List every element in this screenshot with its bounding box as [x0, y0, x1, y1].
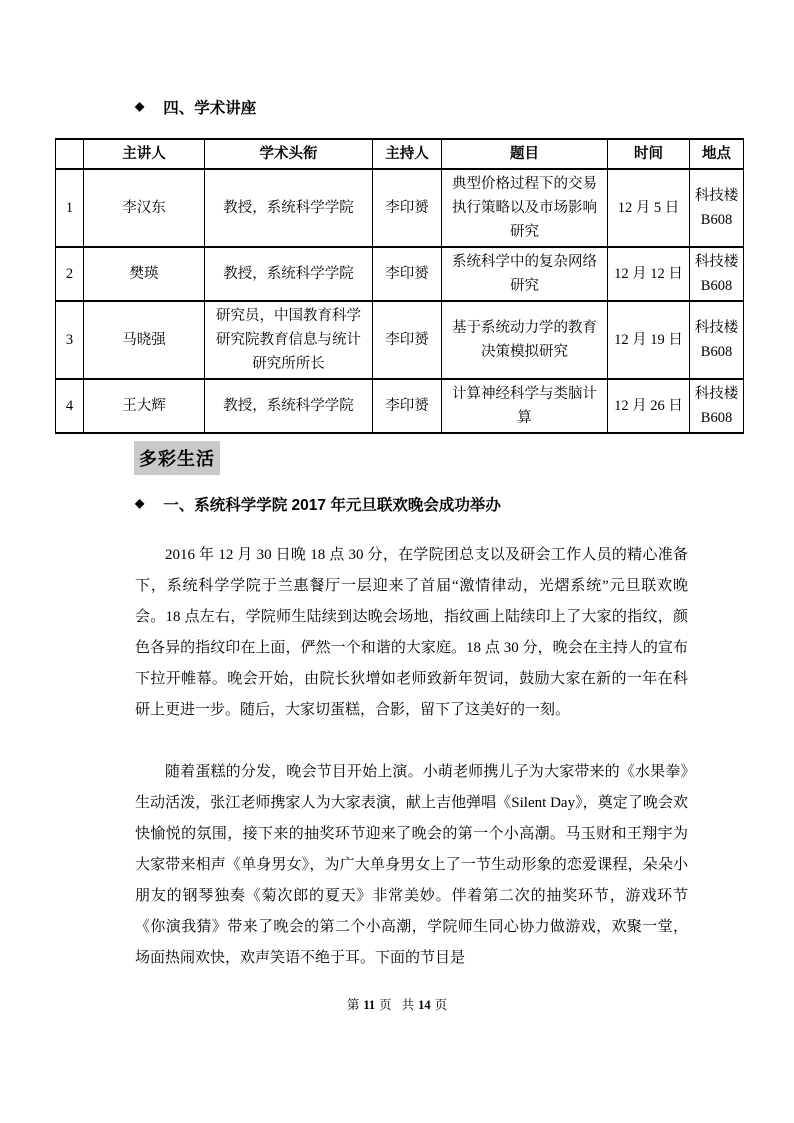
table-cell-title: 典型价格过程下的交易执行策略以及市场影响研究	[442, 169, 608, 247]
table-cell-place: 科技楼 B608	[690, 379, 744, 433]
table-cell-degree: 教授，系统科学学院	[205, 247, 373, 301]
footer-word-di: 第	[347, 998, 360, 1012]
table-cell-place: 科技楼 B608	[690, 301, 744, 379]
table-cell-time: 12 月 26 日	[608, 379, 690, 433]
footer-word-gong: 共	[392, 998, 415, 1012]
paragraph-1: 2016 年 12 月 30 日晚 18 点 30 分，在学院团总支以及研会工作…	[135, 540, 688, 726]
table-header-cell-speaker: 主讲人	[84, 139, 205, 169]
table-cell-speaker: 王大辉	[84, 379, 205, 433]
table-cell-title: 计算神经科学与类脑计算	[442, 379, 608, 433]
table-cell-host: 李印赟	[373, 247, 442, 301]
table-header-cell-index	[56, 139, 84, 169]
lectures-table: 主讲人 学术头衔 主持人 题目 时间 地点 1 李汉东 教授，系统科学学院 李印…	[55, 138, 744, 434]
table-cell-time: 12 月 5 日	[608, 169, 690, 247]
table-header-row: 主讲人 学术头衔 主持人 题目 时间 地点	[56, 139, 744, 169]
table-cell-index: 1	[56, 169, 84, 247]
body-text: 2016 年 12 月 30 日晚 18 点 30 分，在学院团总支以及研会工作…	[135, 540, 688, 974]
section-label: 多彩生活	[134, 441, 220, 475]
table-header-cell-host: 主持人	[373, 139, 442, 169]
footer-total-pages: 14	[414, 998, 435, 1012]
table-cell-place: 科技楼 B608	[690, 169, 744, 247]
table-row: 3 马晓强 研究员，中国教育科学研究院教育信息与统计研究所所长 李印赟 基于系统…	[56, 301, 744, 379]
table-cell-host: 李印赟	[373, 379, 442, 433]
table-cell-time: 12 月 12 日	[608, 247, 690, 301]
table-cell-degree: 教授，系统科学学院	[205, 169, 373, 247]
table-header-cell-degree: 学术头衔	[205, 139, 373, 169]
table-cell-speaker: 樊瑛	[84, 247, 205, 301]
table-row: 4 王大辉 教授，系统科学学院 李印赟 计算神经科学与类脑计算 12 月 26 …	[56, 379, 744, 433]
table-cell-speaker: 马晓强	[84, 301, 205, 379]
table-cell-speaker: 李汉东	[84, 169, 205, 247]
page-footer: 第11页共14页	[0, 995, 794, 1013]
table-row: 2 樊瑛 教授，系统科学学院 李印赟 系统科学中的复杂网络研究 12 月 12 …	[56, 247, 744, 301]
table-header-cell-place: 地点	[690, 139, 744, 169]
table-cell-place: 科技楼 B608	[690, 247, 744, 301]
table-header-cell-title: 题目	[442, 139, 608, 169]
table-cell-title: 基于系统动力学的教育决策模拟研究	[442, 301, 608, 379]
table-cell-degree: 教授，系统科学学院	[205, 379, 373, 433]
diamond-bullet-icon: ◆	[135, 99, 144, 113]
party-heading: ◆ 一、系统科学学院 2017 年元旦联欢晚会成功举办	[135, 493, 501, 515]
table-header-cell-time: 时间	[608, 139, 690, 169]
table-cell-title: 系统科学中的复杂网络研究	[442, 247, 608, 301]
table-cell-host: 李印赟	[373, 301, 442, 379]
footer-word-ye: 页	[379, 998, 392, 1012]
document-page: ◆ 四、学术讲座 主讲人 学术头衔 主持人 题目 时间 地点 1 李汉东 教授，…	[0, 0, 794, 1123]
table-cell-degree: 研究员，中国教育科学研究院教育信息与统计研究所所长	[205, 301, 373, 379]
table-cell-time: 12 月 19 日	[608, 301, 690, 379]
table-row: 1 李汉东 教授，系统科学学院 李印赟 典型价格过程下的交易执行策略以及市场影响…	[56, 169, 744, 247]
table-cell-host: 李印赟	[373, 169, 442, 247]
table-cell-index: 3	[56, 301, 84, 379]
table-cell-index: 2	[56, 247, 84, 301]
table-cell-index: 4	[56, 379, 84, 433]
party-heading-label: 一、系统科学学院 2017 年元旦联欢晚会成功举办	[163, 493, 501, 515]
lectures-heading-label: 四、学术讲座	[163, 96, 256, 118]
diamond-bullet-icon: ◆	[135, 496, 144, 510]
footer-word-ye: 页	[435, 998, 448, 1012]
footer-page-number: 11	[359, 998, 379, 1012]
paragraph-2: 随着蛋糕的分发，晚会节目开始上演。小萌老师携儿子为大家带来的《水果拳》生动活泼，…	[135, 757, 688, 974]
lectures-heading: ◆ 四、学术讲座	[135, 96, 256, 118]
